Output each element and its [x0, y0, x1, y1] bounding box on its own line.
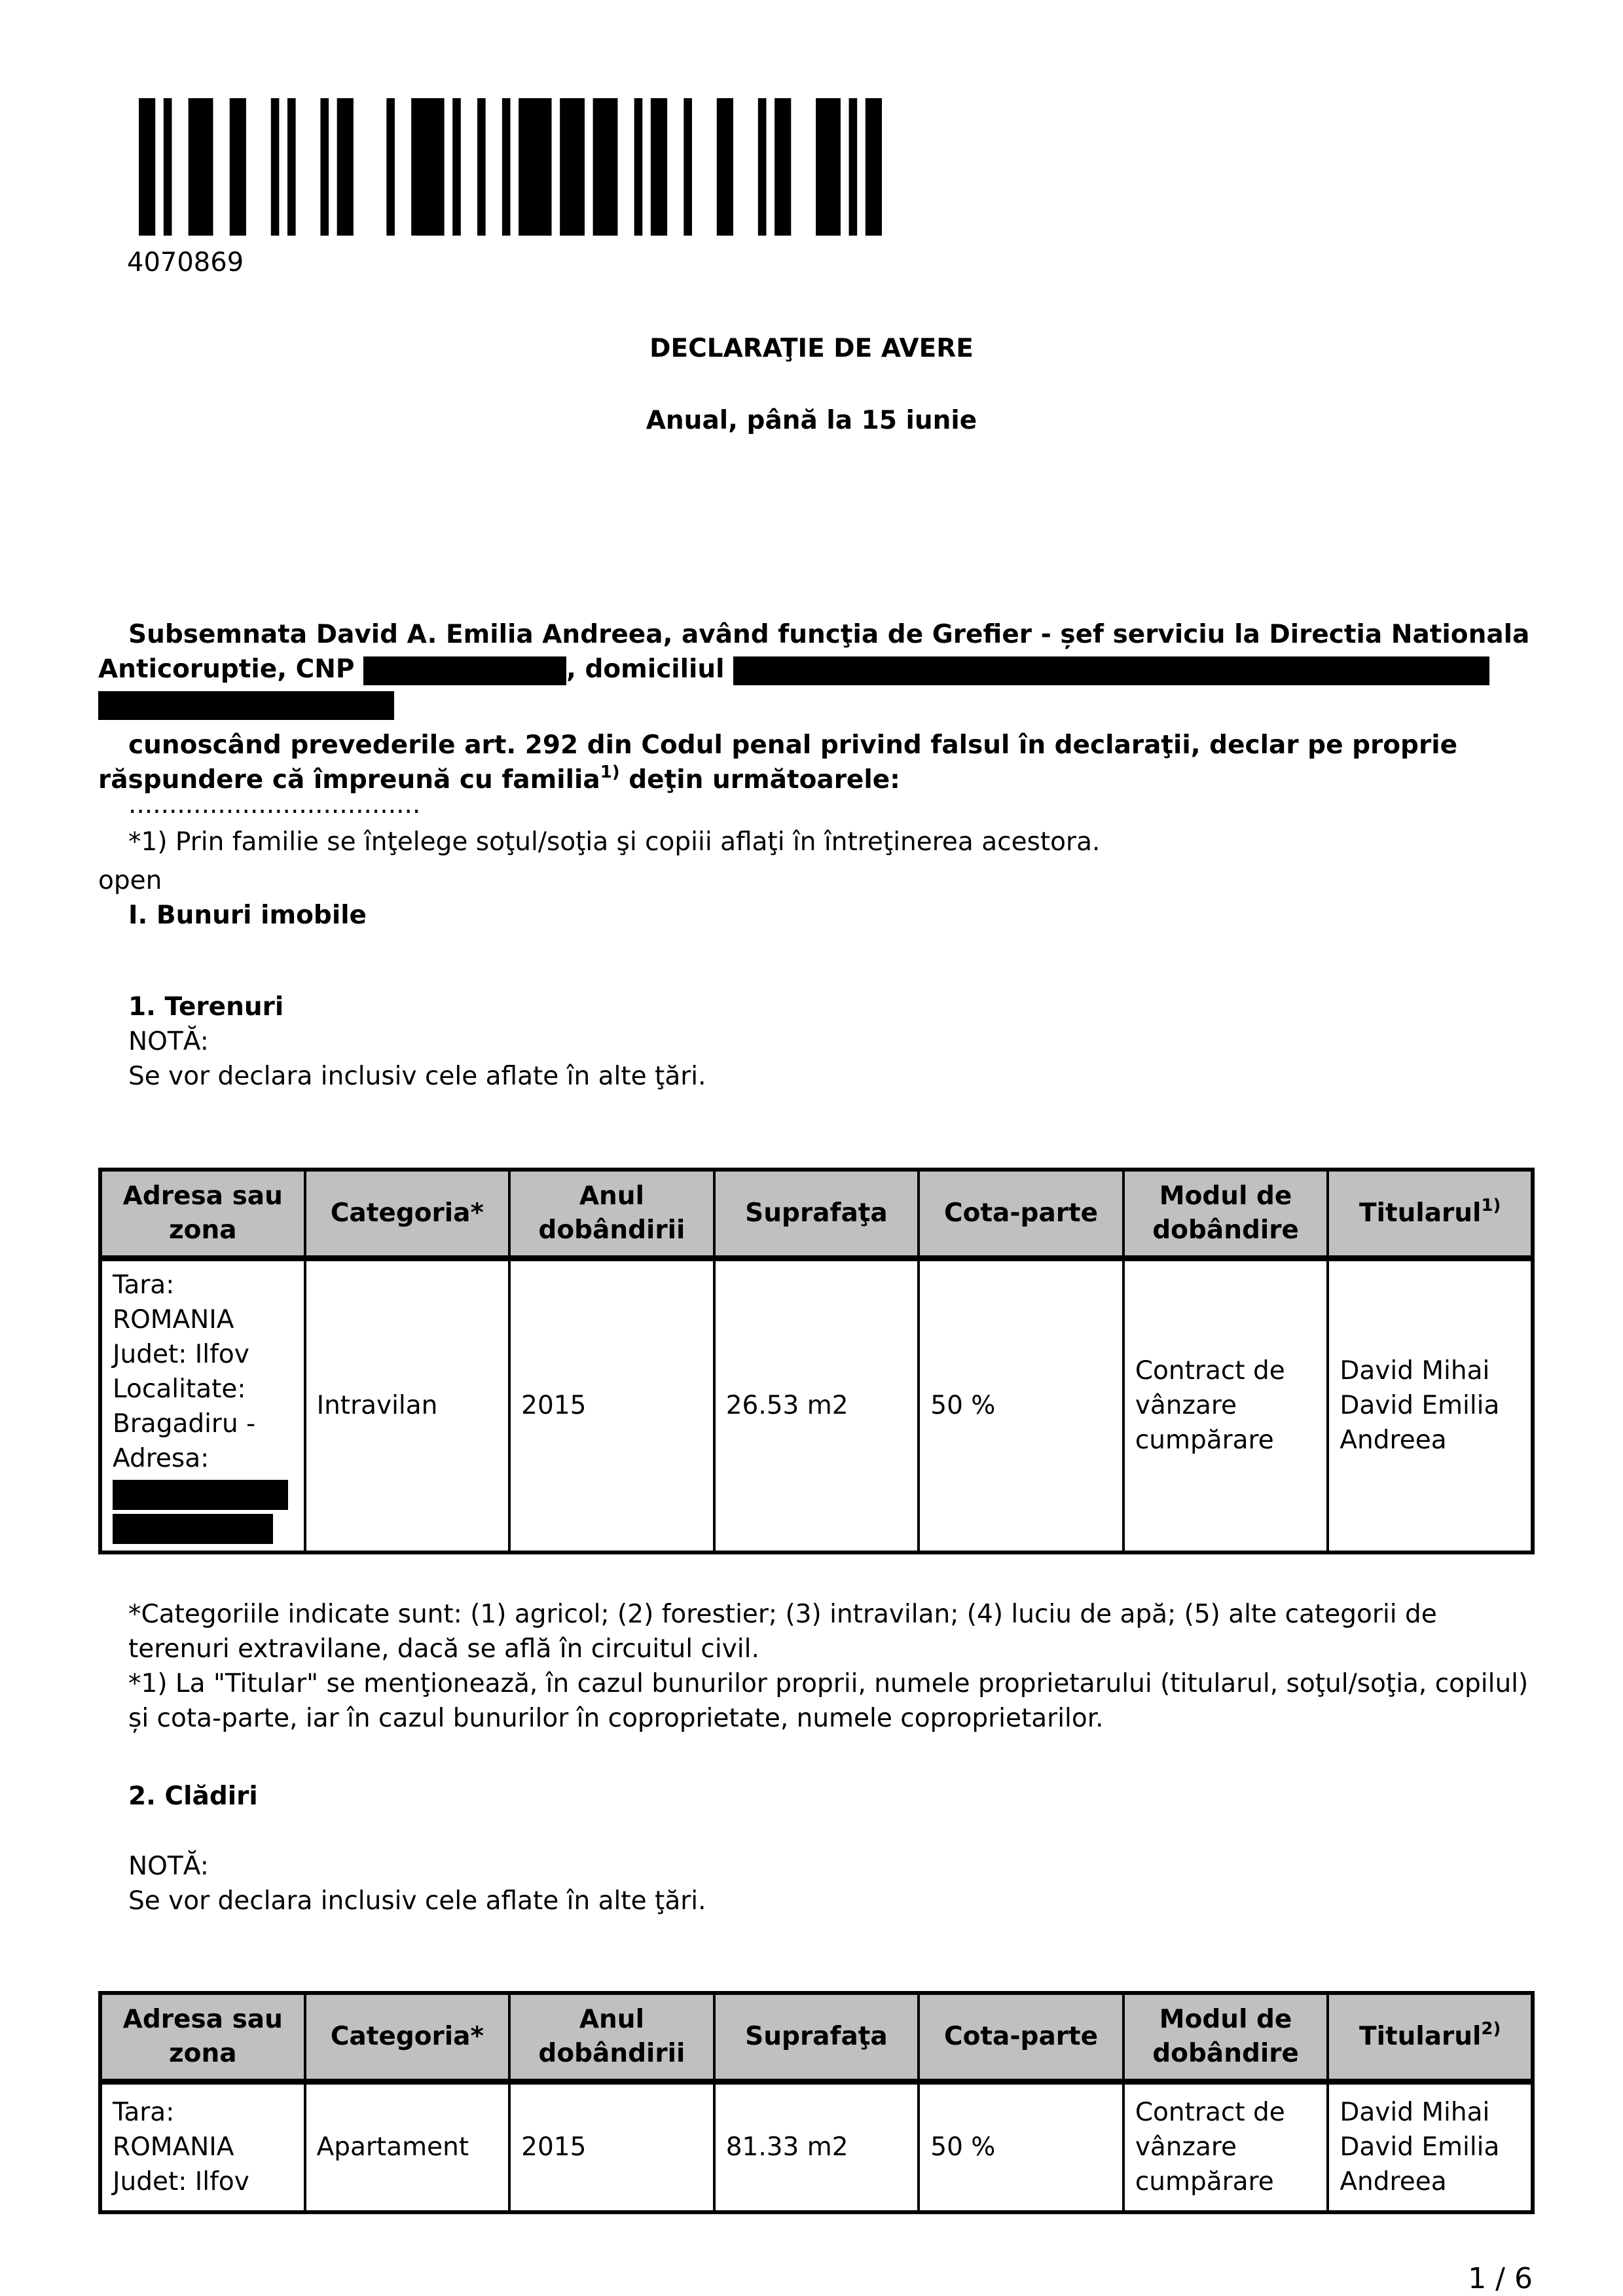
declarant-line-4-suffix: deţin următoarele: [620, 765, 900, 795]
category-cell: Apartament [305, 2081, 510, 2212]
titular-footnote: *1) La "Titular" se menţionează, în cazu… [98, 1666, 1539, 1736]
year-cell: 2015 [509, 1258, 714, 1552]
cnp-label: Anticoruptie, CNP [98, 655, 355, 684]
land-table-header: Adresa sau zona Categoria* Anul dobândir… [100, 1170, 1533, 1258]
col-address: Adresa sau zona [100, 1993, 305, 2081]
col-share: Cota-parte [919, 1170, 1123, 1258]
buildings-table-header: Adresa sau zona Categoria* Anul dobândir… [100, 1993, 1533, 2081]
address-line: Tara: [113, 2095, 293, 2130]
col-area: Suprafaţa [714, 1170, 919, 1258]
owner-line: David Mihai [1340, 1354, 1520, 1388]
address-line: Tara: [113, 1268, 293, 1302]
declarant-line-3: cunoscând prevederile art. 292 din Codul… [98, 728, 1539, 762]
address-line: Judet: Ilfov [113, 2164, 293, 2199]
col-share: Cota-parte [919, 1993, 1123, 2081]
share-cell: 50 % [919, 1258, 1123, 1552]
area-cell: 81.33 m2 [714, 2081, 919, 2212]
buildings-table: Adresa sau zona Categoria* Anul dobândir… [98, 1991, 1535, 2214]
col-year: Anul dobândirii [509, 1993, 714, 2081]
buildings-note-label: NOTĂ: [98, 1849, 1539, 1884]
cnp-redaction [363, 656, 566, 685]
declarant-line-1: Subsemnata David A. Emilia Andreea, avân… [98, 617, 1539, 652]
footnote-ref: 2) [1481, 2019, 1501, 2039]
land-note-text: Se vor declara inclusiv cele aflate în a… [98, 1059, 1539, 1094]
category-cell: Intravilan [305, 1258, 510, 1552]
dotted-line: .................................... [98, 792, 1539, 818]
col-year: Anul dobândirii [509, 1170, 714, 1258]
owner-line: Andreea [1340, 2164, 1520, 2199]
footnote-ref: 1) [1481, 1196, 1501, 1215]
address-line: Adresa: [113, 1441, 293, 1476]
owner-line: David Mihai [1340, 2095, 1520, 2130]
col-owner: Titularul2) [1328, 1993, 1533, 2081]
area-cell: 26.53 m2 [714, 1258, 919, 1552]
owner-cell: David Mihai David Emilia Andreea [1328, 1258, 1533, 1552]
domicile-redaction-continued [98, 691, 394, 720]
col-acquisition: Modul de dobândire [1123, 1993, 1328, 2081]
owner-line: David Emilia [1340, 1388, 1520, 1423]
owner-line: David Emilia [1340, 2130, 1520, 2164]
land-section-header: 1. Terenuri NOTĂ: Se vor declara inclusi… [98, 990, 1539, 1094]
land-table: Adresa sau zona Categoria* Anul dobândir… [98, 1168, 1535, 1554]
land-section-title: 1. Terenuri [98, 990, 1539, 1024]
domicile-redaction [733, 656, 1489, 685]
section-i-title: I. Bunuri imobile [98, 898, 1539, 933]
buildings-note-text: Se vor declara inclusiv cele aflate în a… [98, 1884, 1539, 1918]
address-line: Judet: Ilfov [113, 1337, 293, 1372]
acquisition-line: vânzare [1135, 1388, 1317, 1423]
col-acquisition: Modul de dobândire [1123, 1170, 1328, 1258]
acquisition-line: cumpărare [1135, 1423, 1317, 1458]
buildings-section-header: 2. Clădiri NOTĂ: Se vor declara inclusiv… [98, 1779, 1539, 1918]
col-owner-label: Titularul [1359, 1198, 1481, 1228]
address-cell: Tara: ROMANIA Judet: Ilfov Localitate: B… [100, 1258, 305, 1552]
table-row: Tara: ROMANIA Judet: Ilfov Localitate: B… [100, 1258, 1533, 1552]
col-area: Suprafaţa [714, 1993, 919, 2081]
declarant-line-2b [98, 687, 1539, 721]
acquisition-line: vânzare [1135, 2130, 1317, 2164]
categories-footnote: *Categoriile indicate sunt: (1) agricol;… [98, 1597, 1539, 1666]
acquisition-line: Contract de [1135, 1354, 1317, 1388]
table-row: Tara: ROMANIA Judet: Ilfov Apartament 20… [100, 2081, 1533, 2212]
land-note-label: NOTĂ: [98, 1024, 1539, 1059]
buildings-section-title: 2. Clădiri [98, 1779, 1539, 1814]
family-footnote: *1) Prin familie se înţelege soţul/soţia… [98, 825, 1539, 859]
year-cell: 2015 [509, 2081, 714, 2212]
document-title: DECLARAŢIE DE AVERE [0, 334, 1623, 363]
barcode [139, 98, 882, 236]
family-notes: .................................... *1)… [98, 792, 1539, 933]
footnote-ref: 1) [600, 762, 620, 782]
page-number: 1 / 6 [1468, 2262, 1533, 2295]
col-category: Categoria* [305, 1993, 510, 2081]
acquisition-cell: Contract de vânzare cumpărare [1123, 2081, 1328, 2212]
col-owner: Titularul1) [1328, 1170, 1533, 1258]
acquisition-line: Contract de [1135, 2095, 1317, 2130]
address-redaction [113, 1480, 288, 1510]
address-line: ROMANIA [113, 1302, 293, 1337]
address-redaction [113, 1514, 273, 1544]
open-label: open [98, 863, 1539, 898]
owner-cell: David Mihai David Emilia Andreea [1328, 2081, 1533, 2212]
col-address: Adresa sau zona [100, 1170, 305, 1258]
col-category: Categoria* [305, 1170, 510, 1258]
address-cell: Tara: ROMANIA Judet: Ilfov [100, 2081, 305, 2212]
acquisition-cell: Contract de vânzare cumpărare [1123, 1258, 1328, 1552]
owner-line: Andreea [1340, 1423, 1520, 1458]
declarant-line-2: Anticoruptie, CNP , domiciliul [98, 652, 1539, 687]
col-owner-label: Titularul [1359, 2022, 1481, 2051]
address-line: ROMANIA [113, 2130, 293, 2164]
share-cell: 50 % [919, 2081, 1123, 2212]
address-line: Bragadiru - [113, 1407, 293, 1441]
address-line: Localitate: [113, 1372, 293, 1407]
land-footnotes: *Categoriile indicate sunt: (1) agricol;… [98, 1597, 1539, 1736]
declarant-statement: Subsemnata David A. Emilia Andreea, avân… [98, 617, 1539, 797]
barcode-number: 4070869 [127, 247, 244, 278]
acquisition-line: cumpărare [1135, 2164, 1317, 2199]
document-subtitle: Anual, până la 15 iunie [0, 406, 1623, 435]
domicile-label: , domiciliul [566, 655, 724, 684]
